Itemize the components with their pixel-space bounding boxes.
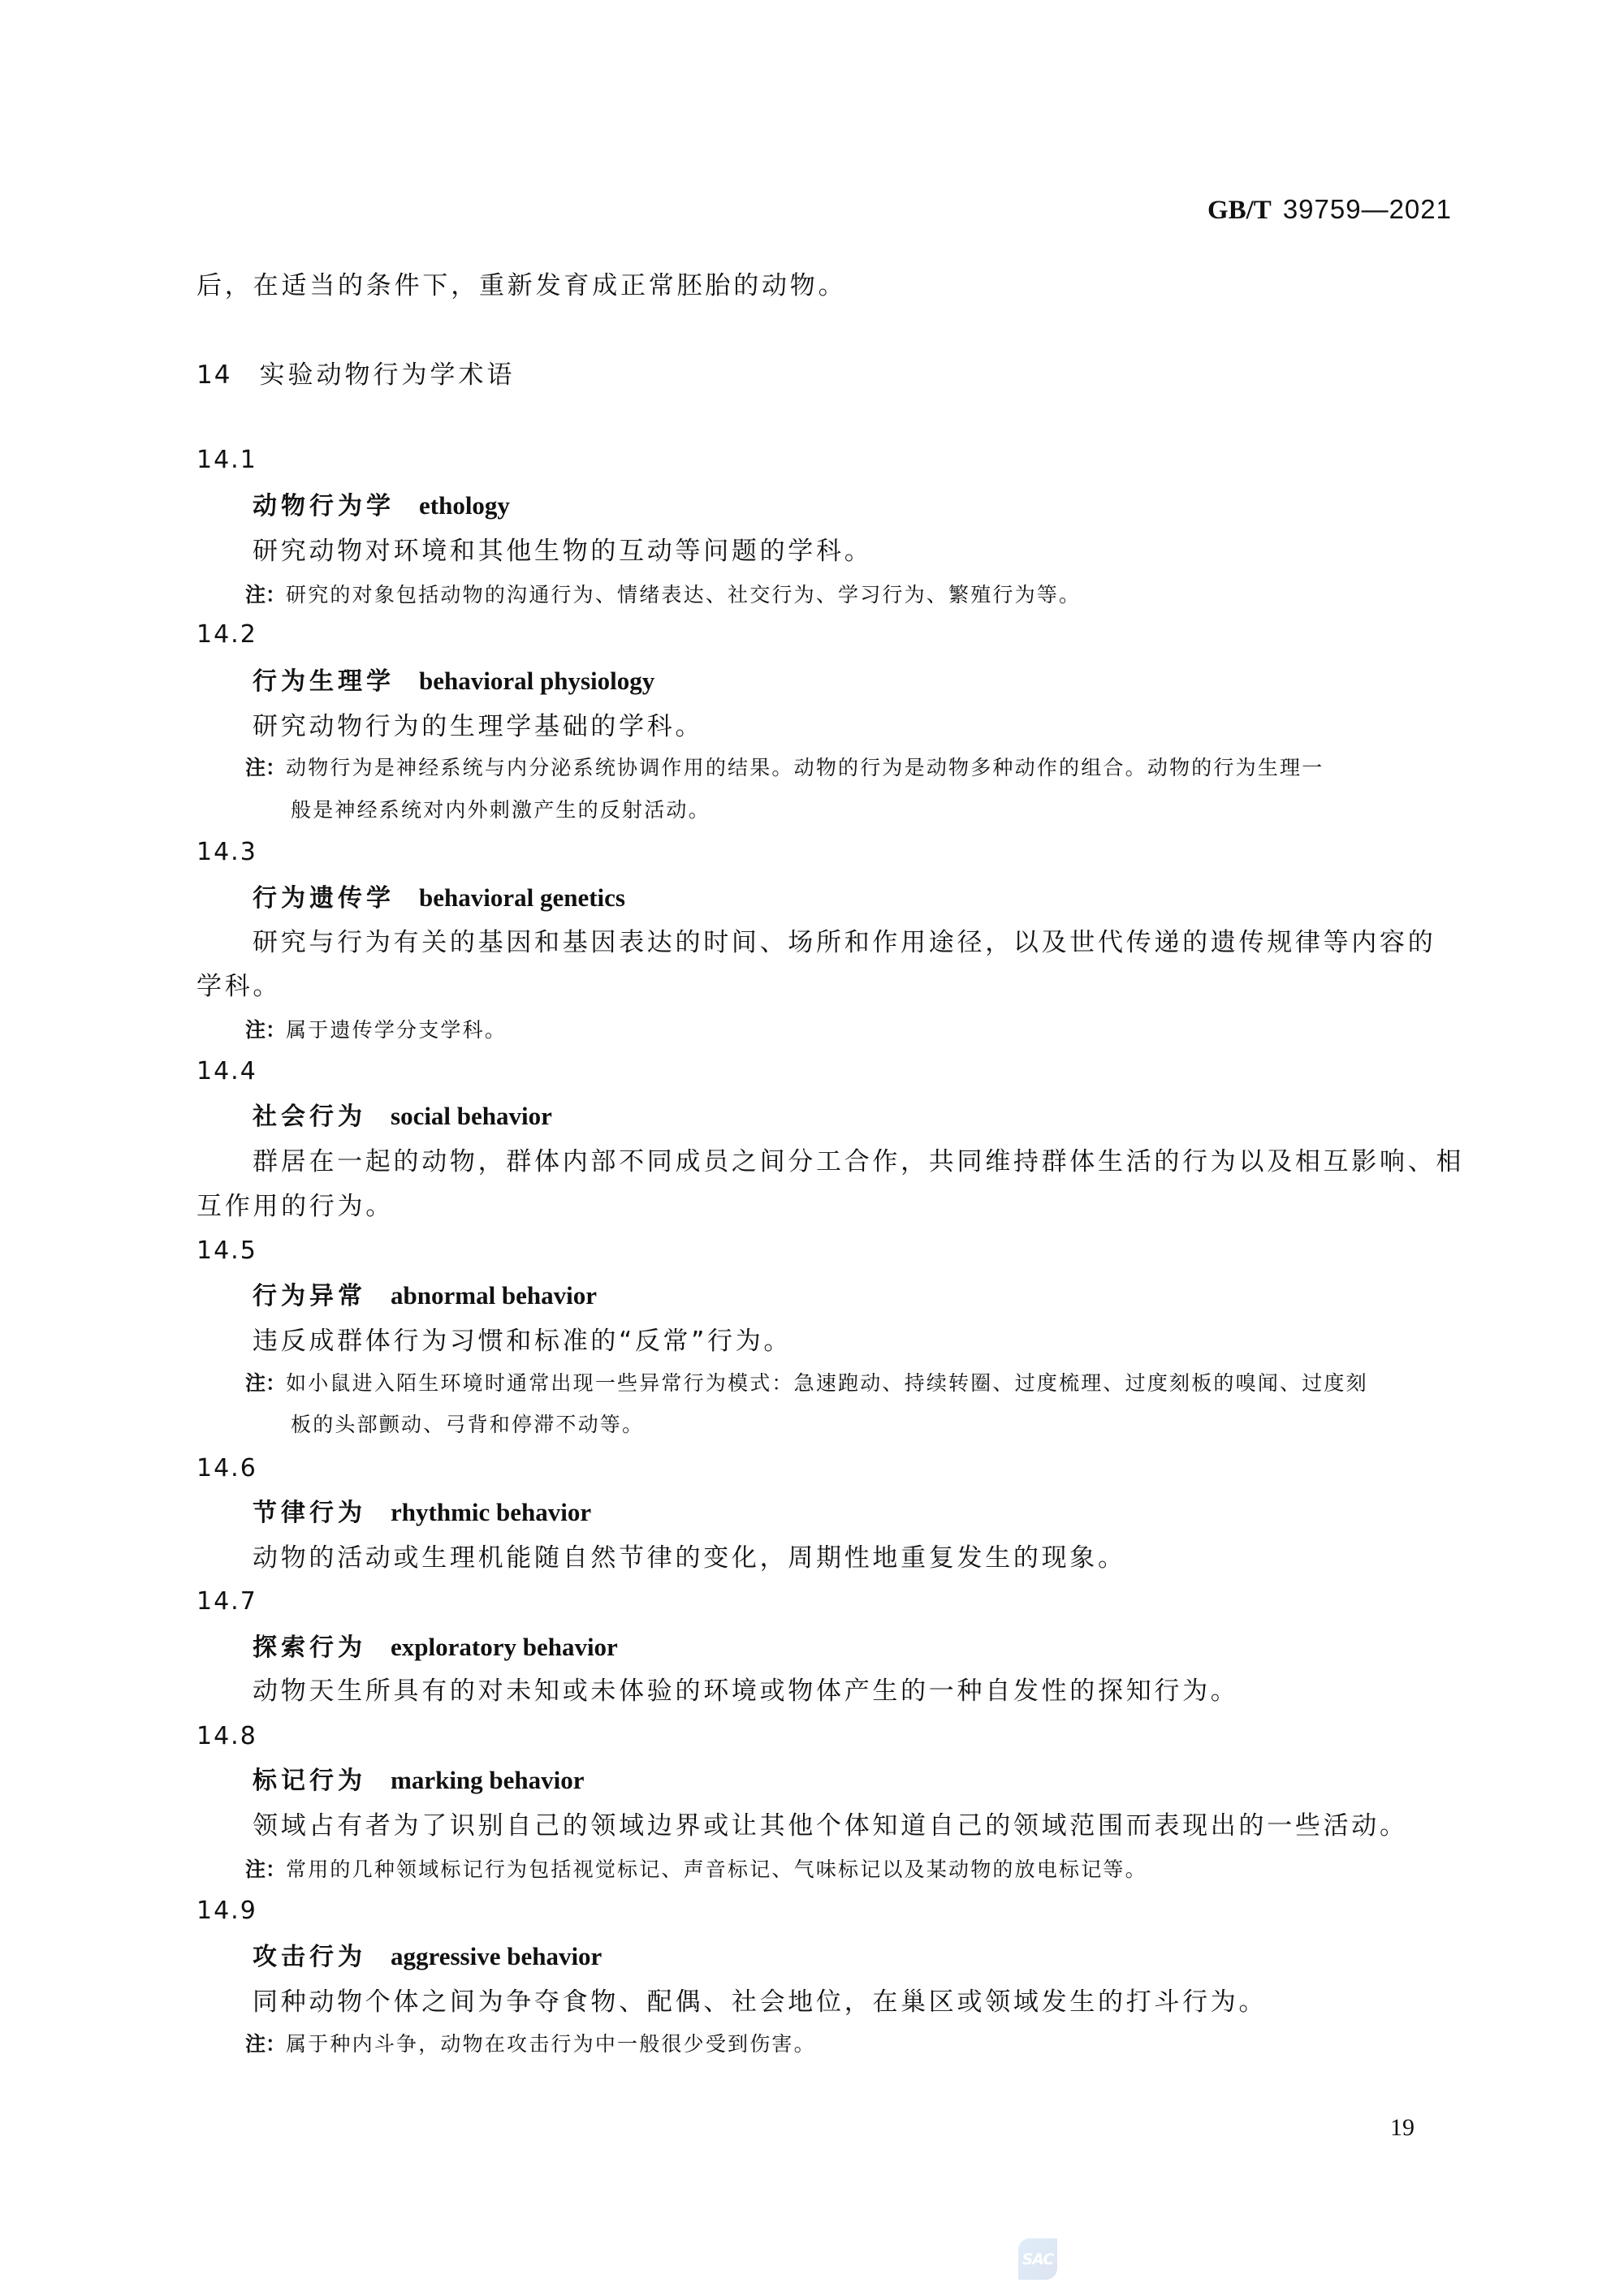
section-title: 实验动物行为学术语	[259, 360, 515, 390]
term-zh: 行为生理学	[253, 667, 395, 696]
definition: 动物天生所具有的对未知或未体验的环境或物体产生的一种自发性的探知行为。	[253, 1673, 1239, 1709]
note-text: 如小鼠进入陌生环境时通常出现一些异常行为模式：急速跑动、持续转圈、过度梳理、过度…	[286, 1371, 1368, 1395]
term-en: rhythmic behavior	[391, 1498, 591, 1526]
clause-number: 14.2	[197, 617, 257, 653]
definition: 研究与行为有关的基因和基因表达的时间、场所和作用途径，以及世代传递的遗传规律等内…	[253, 925, 1436, 960]
note-label: 注：	[245, 1018, 286, 1042]
term-en: social behavior	[391, 1102, 552, 1130]
note: 注：常用的几种领域标记行为包括视觉标记、声音标记、气味标记以及某动物的放电标记等…	[245, 1854, 1147, 1886]
term-en: abnormal behavior	[391, 1281, 597, 1310]
clause-number: 14.3	[197, 835, 257, 870]
section-number: 14	[197, 360, 231, 390]
term-zh: 动物行为学	[253, 492, 395, 520]
note-label: 注：	[245, 583, 286, 606]
clause-number: 14.8	[197, 1719, 257, 1754]
note-text: 属于种内斗争，动物在攻击行为中一般很少受到伤害。	[286, 2032, 816, 2056]
note-text: 动物行为是神经系统与内分泌系统协调作用的结果。动物的行为是动物多种动作的组合。动…	[286, 756, 1324, 779]
term-line: 标记行为marking behavior	[253, 1763, 585, 1799]
definition: 群居在一起的动物，群体内部不同成员之间分工合作，共同维持群体生活的行为以及相互影…	[253, 1144, 1464, 1180]
note-text: 研究的对象包括动物的沟通行为、情绪表达、社交行为、学习行为、繁殖行为等。	[286, 583, 1081, 606]
term-en: aggressive behavior	[391, 1942, 602, 1970]
note-label: 注：	[245, 1858, 286, 1881]
standard-prefix: GB/T	[1207, 196, 1272, 225]
term-en: behavioral physiology	[419, 667, 654, 695]
definition: 违反成群体行为习惯和标准的“反常”行为。	[253, 1323, 792, 1359]
term-zh: 节律行为	[253, 1499, 366, 1527]
term-zh: 行为遗传学	[253, 884, 395, 913]
standard-number: GB/T39759—2021	[1207, 192, 1452, 228]
note-continuation: 板的头部颤动、弓背和停滞不动等。	[291, 1409, 644, 1441]
term-line: 社会行为social behavior	[253, 1098, 552, 1135]
note-label: 注：	[245, 756, 286, 779]
note: 注：动物行为是神经系统与内分泌系统协调作用的结果。动物的行为是动物多种动作的组合…	[245, 752, 1324, 784]
clause-number: 14.5	[197, 1233, 257, 1269]
term-en: ethology	[419, 491, 510, 520]
term-en: exploratory behavior	[391, 1633, 618, 1661]
term-line: 动物行为学ethology	[253, 488, 510, 524]
note: 注：如小鼠进入陌生环境时通常出现一些异常行为模式：急速跑动、持续转圈、过度梳理、…	[245, 1367, 1368, 1400]
clause-number: 14.9	[197, 1893, 257, 1929]
term-en: marking behavior	[391, 1766, 585, 1794]
note-text: 常用的几种领域标记行为包括视觉标记、声音标记、气味标记以及某动物的放电标记等。	[286, 1858, 1147, 1881]
term-line: 行为遗传学behavioral genetics	[253, 880, 625, 917]
definition: 研究动物对环境和其他生物的互动等问题的学科。	[253, 533, 872, 569]
definition: 研究动物行为的生理学基础的学科。	[253, 709, 703, 744]
definition: 动物的活动或生理机能随自然节律的变化，周期性地重复发生的现象。	[253, 1540, 1126, 1576]
note-label: 注：	[245, 2032, 286, 2056]
term-line: 节律行为rhythmic behavior	[253, 1495, 591, 1531]
term-zh: 攻击行为	[253, 1943, 366, 1971]
definition-continuation: 学科。	[197, 969, 281, 1004]
clause-number: 14.6	[197, 1451, 257, 1487]
clause-number: 14.1	[197, 442, 257, 478]
clause-number: 14.4	[197, 1054, 257, 1090]
term-zh: 探索行为	[253, 1634, 366, 1662]
definition-continuation: 互作用的行为。	[197, 1189, 394, 1224]
note: 注：属于遗传学分支学科。	[245, 1014, 507, 1047]
note-label: 注：	[245, 1371, 286, 1395]
term-line: 攻击行为aggressive behavior	[253, 1939, 602, 1975]
note-continuation: 般是神经系统对内外刺激产生的反射活动。	[291, 794, 710, 826]
section-heading: 14实验动物行为学术语	[197, 357, 515, 393]
term-line: 行为异常abnormal behavior	[253, 1278, 597, 1314]
definition: 同种动物个体之间为争夺食物、配偶、社会地位，在巢区或领域发生的打斗行为。	[253, 1984, 1267, 2020]
page-number: 19	[1390, 2113, 1415, 2143]
sac-logo-text: SAC	[1022, 2251, 1054, 2268]
term-zh: 社会行为	[253, 1103, 366, 1131]
definition: 领域占有者为了识别自己的领域边界或让其他个体知道自己的领域范围而表现出的一些活动…	[253, 1808, 1408, 1844]
note-text: 属于遗传学分支学科。	[286, 1018, 507, 1042]
term-line: 探索行为exploratory behavior	[253, 1629, 618, 1666]
term-zh: 标记行为	[253, 1767, 366, 1795]
term-zh: 行为异常	[253, 1282, 366, 1310]
term-line: 行为生理学behavioral physiology	[253, 663, 654, 700]
clause-number: 14.7	[197, 1584, 257, 1620]
continuation-text: 后，在适当的条件下，重新发育成正常胚胎的动物。	[197, 268, 846, 304]
standard-code: 39759—2021	[1283, 194, 1452, 224]
note: 注：研究的对象包括动物的沟通行为、情绪表达、社交行为、学习行为、繁殖行为等。	[245, 579, 1081, 611]
term-en: behavioral genetics	[419, 883, 625, 912]
note: 注：属于种内斗争，动物在攻击行为中一般很少受到伤害。	[245, 2028, 816, 2061]
sac-logo: SAC	[1018, 2238, 1057, 2280]
